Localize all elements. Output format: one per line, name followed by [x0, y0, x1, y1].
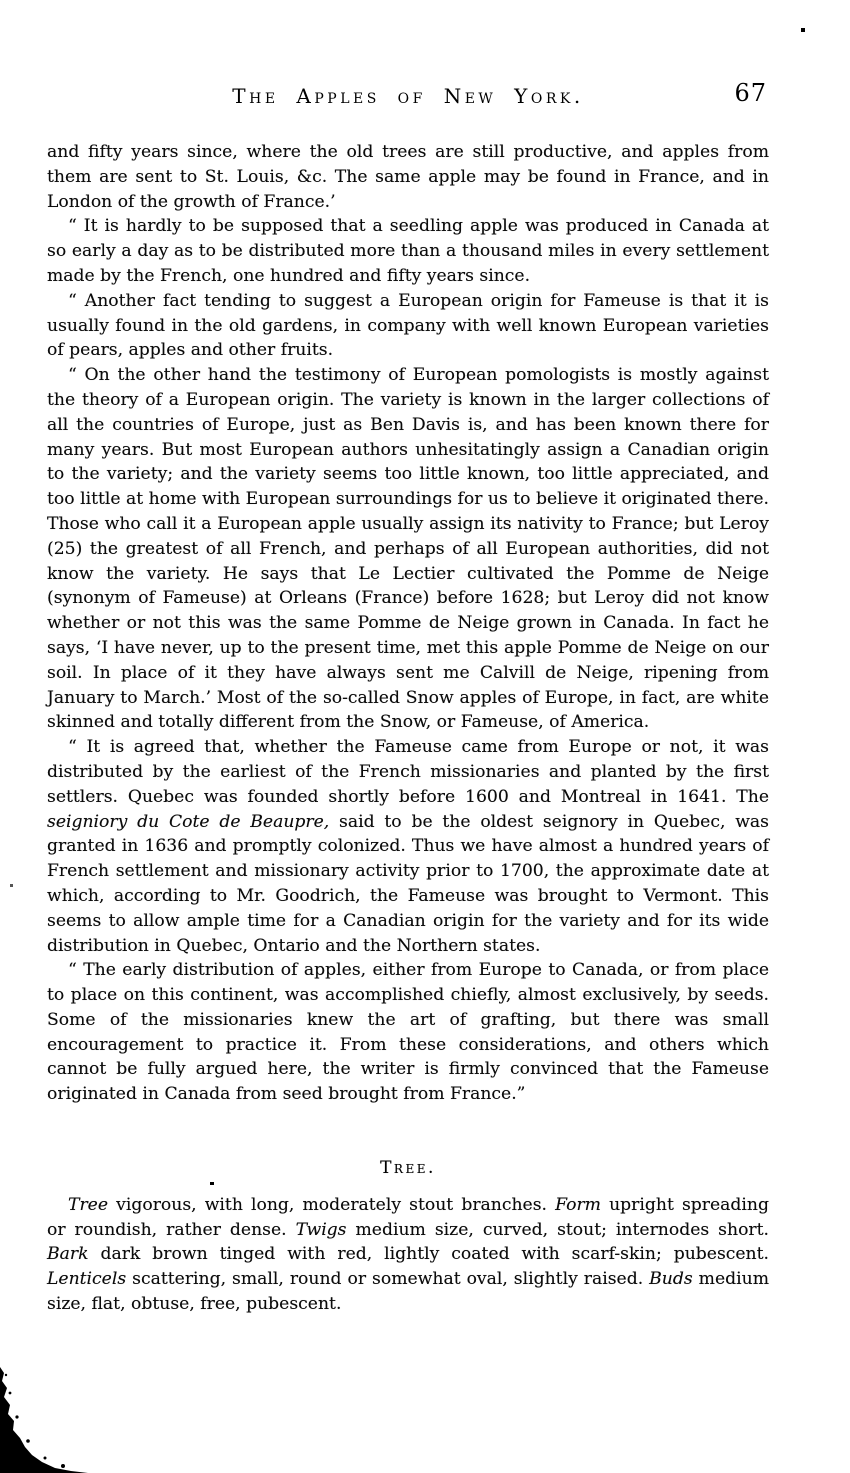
paragraph: “ It is hardly to be supposed that a see…	[47, 214, 769, 288]
paragraph: and fifty years since, where the old tre…	[47, 140, 769, 214]
ink-speck	[210, 1182, 214, 1185]
ink-blot-bottom-left	[0, 1361, 92, 1473]
section-heading-tree: Tree.	[47, 1156, 769, 1181]
page-number: 67	[734, 79, 767, 107]
paragraph: “ It is agreed that, whether the Fameuse…	[47, 735, 769, 958]
page-title: The Apples of New York.	[47, 84, 769, 108]
ink-speck	[10, 884, 13, 887]
tree-paragraph: Tree vigorous, with long, moderately sto…	[47, 1193, 769, 1317]
ink-speck	[801, 28, 805, 32]
paragraph-list: and fifty years since, where the old tre…	[47, 140, 769, 1107]
paragraph: “ On the other hand the testimony of Eur…	[47, 363, 769, 735]
paragraph: “ Another fact tending to suggest a Euro…	[47, 289, 769, 363]
book-page: The Apples of New York. 67 and fifty yea…	[0, 0, 850, 1473]
running-head: The Apples of New York. 67	[47, 84, 769, 118]
page-body: and fifty years since, where the old tre…	[47, 140, 769, 1317]
paragraph: “ The early distribution of apples, eith…	[47, 958, 769, 1107]
